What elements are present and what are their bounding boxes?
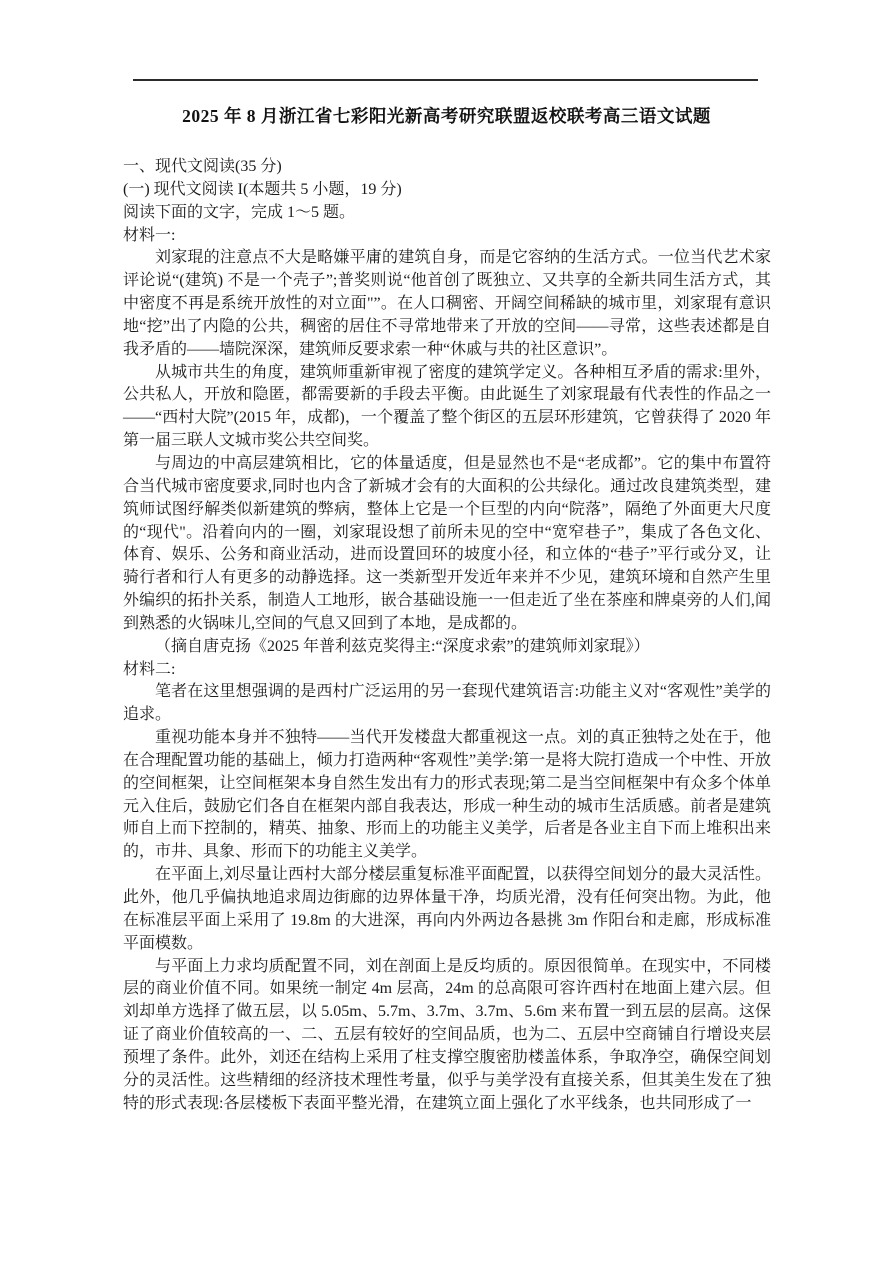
section-heading: 一、现代文阅读(35 分) <box>123 156 771 179</box>
material2-paragraph-4: 与平面上力求均质配置不同，刘在剖面上是反均质的。原因很简单。在现实中，不同楼层的… <box>123 956 771 1116</box>
material1-source-citation: （摘自唐克扬《2025 年普利兹克奖得主:“深度求索”的建筑师刘家琨》） <box>123 636 771 659</box>
material2-paragraph-2: 重视功能本身并不独特——当代开发楼盘大都重视这一点。刘的真正独特之处在于，他在合… <box>123 727 771 864</box>
material2-paragraph-1: 笔者在这里想强调的是西村广泛运用的另一套现代建筑语言:功能主义对“客观性”美学的… <box>123 681 771 727</box>
material1-paragraph-2: 从城市共生的角度，建筑师重新审视了密度的建筑学定义。各种相互矛盾的需求:里外，公… <box>123 362 771 453</box>
reading-instruction: 阅读下面的文字，完成 1～5 题。 <box>123 202 771 225</box>
subsection-heading: (一) 现代文阅读 I(本题共 5 小题，19 分) <box>123 179 771 202</box>
material2-label: 材料二: <box>123 659 771 682</box>
material1-paragraph-1: 刘家琨的注意点不大是略嫌平庸的建筑自身，而是它容纳的生活方式。一位当代艺术家评论… <box>123 247 771 361</box>
document-title: 2025 年 8 月浙江省七彩阳光新高考研究联盟返校联考高三语文试题 <box>0 103 893 128</box>
document-body: 一、现代文阅读(35 分) (一) 现代文阅读 I(本题共 5 小题，19 分)… <box>123 156 771 1115</box>
material2-paragraph-3: 在平面上,刘尽量让西村大部分楼层重复标准平面配置，以获得空间划分的最大灵活性。此… <box>123 864 771 955</box>
material1-label: 材料一: <box>123 225 771 248</box>
material1-paragraph-3: 与周边的中高层建筑相比，它的体量适度，但是显然也不是“老成都”。它的集中布置符合… <box>123 453 771 636</box>
document-page: 2025 年 8 月浙江省七彩阳光新高考研究联盟返校联考高三语文试题 一、现代文… <box>0 0 893 1263</box>
header-rule <box>133 79 758 81</box>
